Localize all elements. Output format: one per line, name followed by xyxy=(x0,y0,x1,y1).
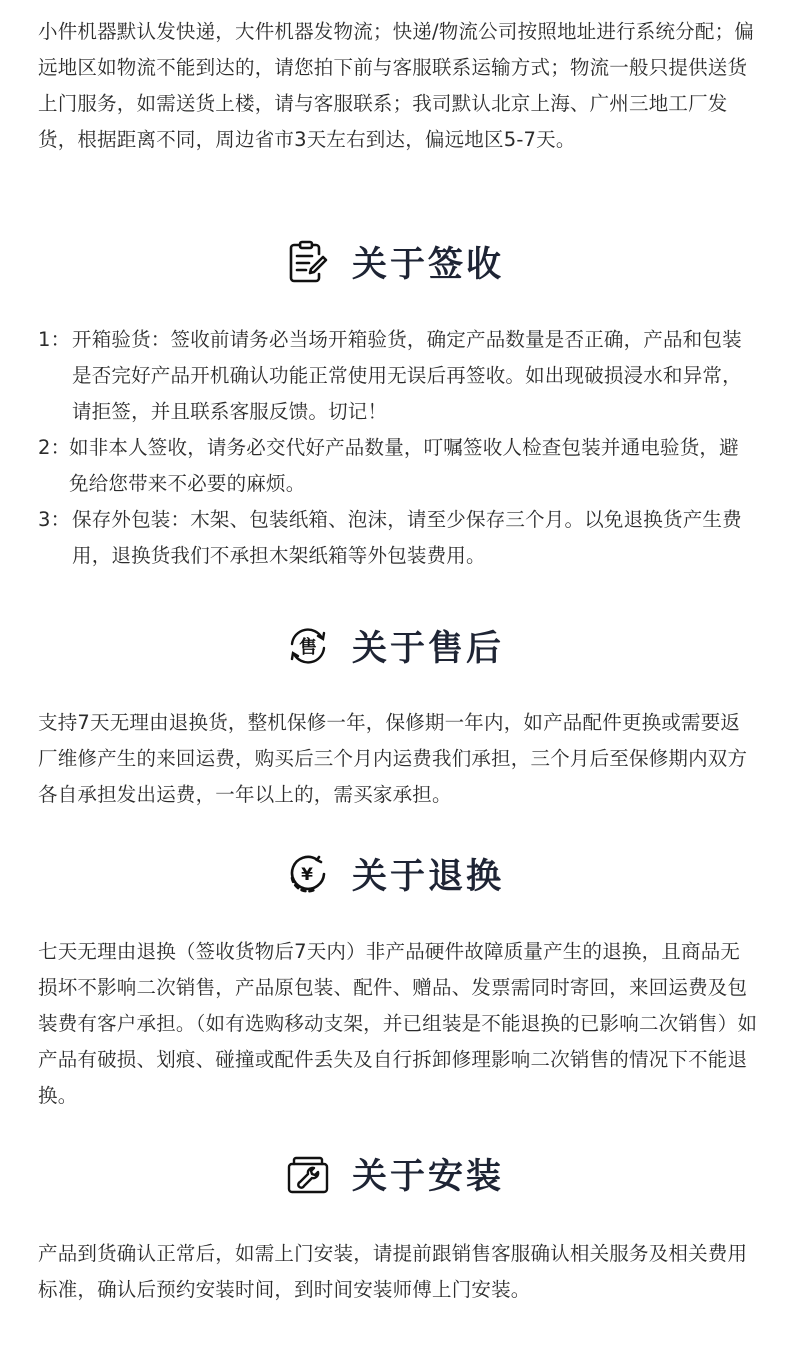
section-heading-after-sales: 售 关于售后 xyxy=(0,616,790,676)
list-item-text: 如非本人签收，请务必交代好产品数量，叮嘱签收人检查包装并通电验货，避免给您带来不… xyxy=(69,430,758,502)
list-item-text: 开箱验货：签收前请务必当场开箱验货，确定产品数量是否正确，产品和包装是否完好产品… xyxy=(72,322,758,430)
list-item-text: 保存外包装：木架、包装纸箱、泡沫，请至少保存三个月。以免退换货产生费用，退换货我… xyxy=(72,502,758,574)
returns-paragraph: 七天无理由退换（签收货物后7天内）非产品硬件故障质量产生的退换，且商品无损坏不影… xyxy=(38,934,758,1114)
wrench-toolbox-icon xyxy=(286,1152,330,1196)
section-heading-installation: 关于安装 xyxy=(0,1144,790,1204)
section-heading-signing: 关于签收 xyxy=(0,232,790,292)
section-title: 关于签收 xyxy=(352,237,504,287)
clipboard-pen-icon xyxy=(286,240,330,284)
section-heading-returns: ¥ 关于退换 xyxy=(0,844,790,904)
signing-instructions-list: 1： 开箱验货：签收前请务必当场开箱验货，确定产品数量是否正确，产品和包装是否完… xyxy=(38,322,758,574)
yuan-refund-icon: ¥ xyxy=(286,852,330,896)
list-item: 3： 保存外包装：木架、包装纸箱、泡沫，请至少保存三个月。以免退换货产生费用，退… xyxy=(38,502,758,574)
after-sales-cycle-icon: 售 xyxy=(286,624,330,668)
shipping-policy-page: 小件机器默认发快递，大件机器发物流；快递/物流公司按照地址进行系统分配；偏远地区… xyxy=(0,0,790,1359)
installation-paragraph: 产品到货确认正常后，如需上门安装，请提前跟销售客服确认相关服务及相关费用标准，确… xyxy=(38,1236,758,1308)
section-title: 关于售后 xyxy=(352,621,504,671)
svg-text:售: 售 xyxy=(299,636,317,658)
list-item-number: 1： xyxy=(38,322,72,430)
list-item: 2： 如非本人签收，请务必交代好产品数量，叮嘱签收人检查包装并通电验货，避免给您… xyxy=(38,430,758,502)
section-title: 关于退换 xyxy=(352,849,504,899)
list-item-number: 2： xyxy=(38,430,72,502)
after-sales-paragraph: 支持7天无理由退换货，整机保修一年，保修期一年内，如产品配件更换或需要返厂维修产… xyxy=(38,705,758,813)
shipping-intro-paragraph: 小件机器默认发快递，大件机器发物流；快递/物流公司按照地址进行系统分配；偏远地区… xyxy=(38,14,758,158)
list-item: 1： 开箱验货：签收前请务必当场开箱验货，确定产品数量是否正确，产品和包装是否完… xyxy=(38,322,758,430)
section-title: 关于安装 xyxy=(352,1149,504,1199)
list-item-number: 3： xyxy=(38,502,72,574)
svg-text:¥: ¥ xyxy=(301,865,313,885)
